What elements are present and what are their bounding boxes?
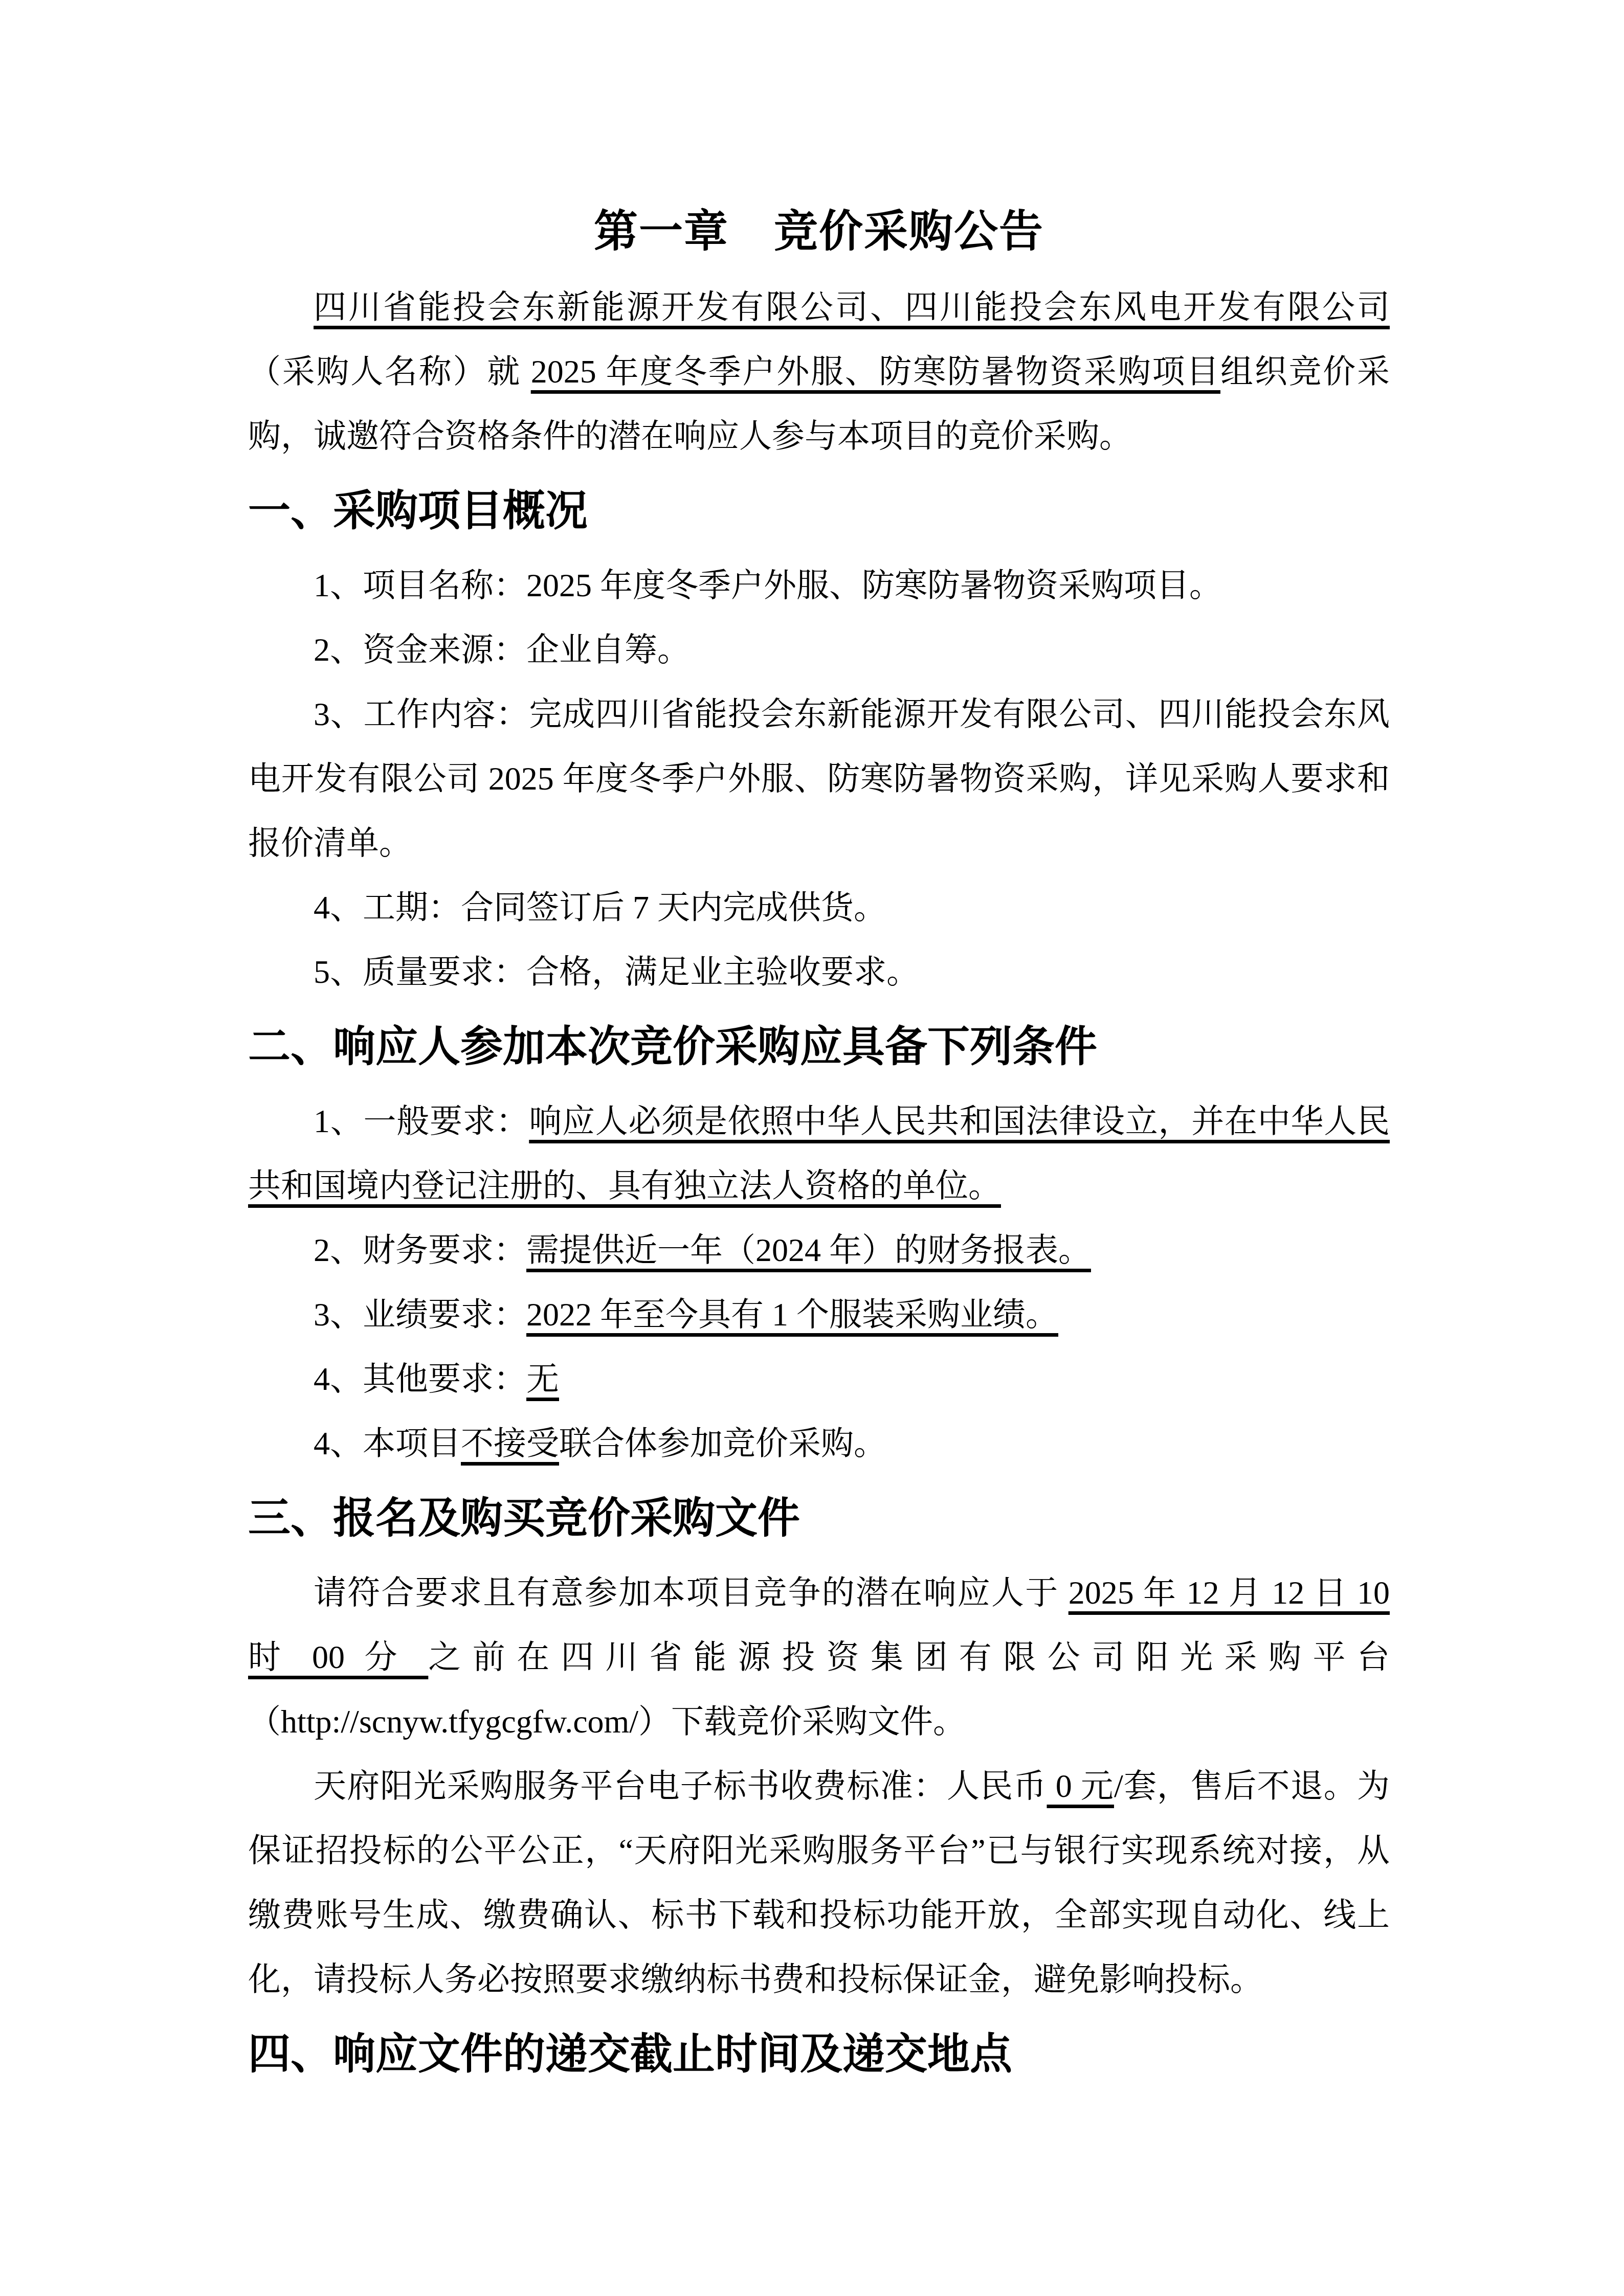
section-1-item-project-name: 1、项目名称：2025 年度冬季户外服、防寒防暑物资采购项目。 — [248, 553, 1390, 618]
section-2-item-no-consortium: 4、本项目不接受联合体参加竞价采购。 — [248, 1411, 1390, 1476]
section-2-heading: 二、响应人参加本次竞价采购应具备下列条件 — [248, 1015, 1390, 1079]
document-page: 第一章 竞价采购公告 四川省能投会东新能源开发有限公司、四川能投会东风电开发有限… — [0, 0, 1624, 2296]
fee-amount-underlined: 0 元 — [1047, 1768, 1114, 1804]
section-1-item-quality: 5、质量要求：合格，满足业主验收要求。 — [248, 940, 1390, 1004]
project-name-underlined: 2025 年度冬季户外服、防寒防暑物资采购项目 — [531, 353, 1220, 390]
text-run: 联合体参加竞价采购。 — [559, 1425, 886, 1461]
text-run: 4、本项目 — [314, 1425, 461, 1461]
other-requirement-underlined: 无 — [526, 1361, 559, 1397]
section-2-item-other-requirement: 4、其他要求：无 — [248, 1347, 1390, 1411]
financial-requirement-underlined: 需提供近一年（2024 年）的财务报表。 — [526, 1232, 1091, 1268]
text-run: 3、业绩要求： — [314, 1296, 526, 1333]
chapter-title: 第一章 竞价采购公告 — [248, 198, 1390, 265]
section-3-download-paragraph: 请符合要求且有意参加本项目竞争的潜在响应人于 2025 年 12 月 12 日 … — [248, 1561, 1390, 1754]
text-run: 1、一般要求： — [314, 1103, 529, 1139]
section-1-item-funding-source: 2、资金来源：企业自筹。 — [248, 618, 1390, 682]
section-1-item-duration: 4、工期：合同签订后 7 天内完成供货。 — [248, 875, 1390, 940]
section-2-item-performance-requirement: 3、业绩要求：2022 年至今具有 1 个服装采购业绩。 — [248, 1282, 1390, 1347]
not-accept-underlined: 不接受 — [461, 1425, 559, 1461]
section-1-heading: 一、采购项目概况 — [248, 479, 1390, 543]
text-run: 请符合要求且有意参加本项目竞争的潜在响应人于 — [314, 1574, 1069, 1611]
section-2-item-financial-requirement: 2、财务要求：需提供近一年（2024 年）的财务报表。 — [248, 1218, 1390, 1282]
purchaser-names-underlined: 四川省能投会东新能源开发有限公司、四川能投会东风电开发有限公司 — [314, 289, 1390, 325]
text-run: 4、其他要求： — [314, 1361, 526, 1397]
document-content: 第一章 竞价采购公告 四川省能投会东新能源开发有限公司、四川能投会东风电开发有限… — [248, 198, 1390, 2097]
section-1-item-work-content: 3、工作内容：完成四川省能投会东新能源开发有限公司、四川能投会东风电开发有限公司… — [248, 682, 1390, 875]
text-run: 2、财务要求： — [314, 1232, 526, 1268]
section-3-fee-paragraph: 天府阳光采购服务平台电子标书收费标准：人民币 0 元/套，售后不退。为保证招投标… — [248, 1754, 1390, 2012]
text-run: （采购人名称）就 — [248, 353, 531, 390]
performance-requirement-underlined: 2022 年至今具有 1 个服装采购业绩。 — [526, 1296, 1058, 1333]
section-4-heading: 四、响应文件的递交截止时间及递交地点 — [248, 2022, 1390, 2086]
text-run: 天府阳光采购服务平台电子标书收费标准：人民币 — [314, 1768, 1047, 1804]
intro-paragraph: 四川省能投会东新能源开发有限公司、四川能投会东风电开发有限公司（采购人名称）就 … — [248, 275, 1390, 468]
section-3-heading: 三、报名及购买竞价采购文件 — [248, 1486, 1390, 1550]
section-2-item-general-requirement: 1、一般要求：响应人必须是依照中华人民共和国法律设立，并在中华人民共和国境内登记… — [248, 1089, 1390, 1218]
